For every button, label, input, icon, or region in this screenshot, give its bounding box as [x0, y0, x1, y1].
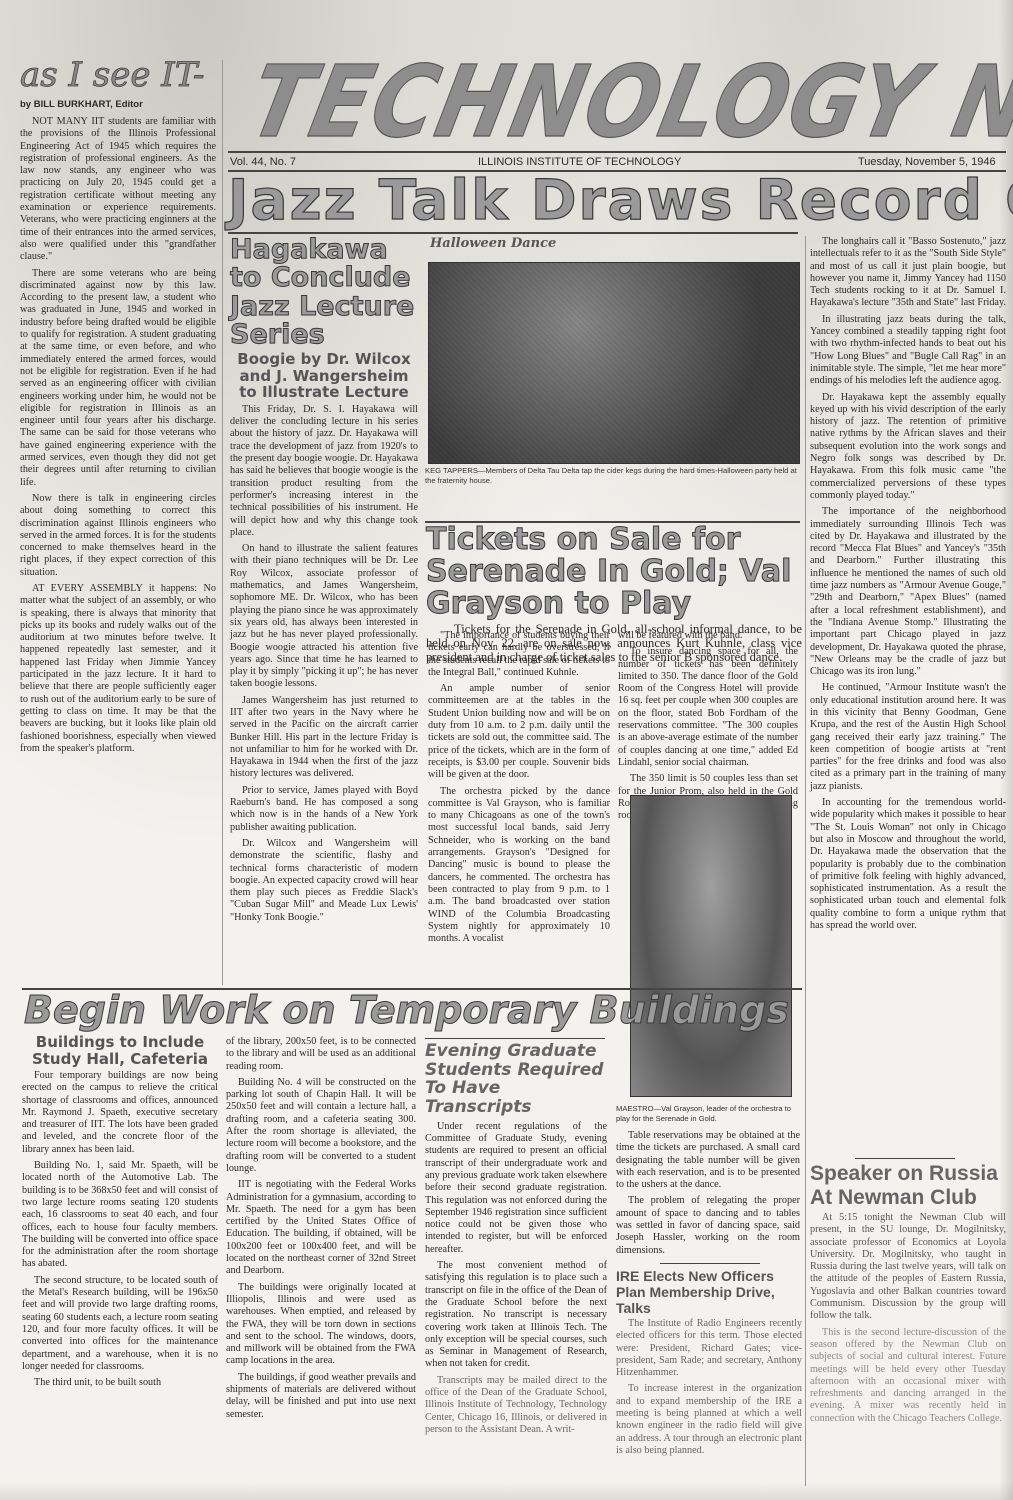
column-divider [805, 236, 806, 1486]
hayakawa-paragraph: Prior to service, James played with Boyd… [230, 785, 418, 834]
buildings-article: Buildings to Include Study Hall, Cafeter… [22, 1034, 218, 1393]
ire-headline: IRE Elects New Officers Plan Membership … [616, 1268, 802, 1316]
tickets-headline: Tickets on Sale for Serenade In Gold; Va… [426, 524, 802, 620]
hayakawa-body: This Friday, Dr. S. I. Hayakawa will del… [230, 404, 418, 924]
column-divider [222, 60, 223, 985]
hayakawa-paragraph: This Friday, Dr. S. I. Hayakawa will del… [230, 404, 418, 539]
jazz-paragraph: The longhairs call it "Basso Sostenuto,"… [810, 236, 1006, 310]
russia-paragraph: This is the second lecture-discussion of… [810, 1327, 1006, 1425]
maestro-caption: MAESTRO—Val Grayson, leader of the orche… [616, 1104, 802, 1124]
buildings-paragraph: Building No. 4 will be constructed on th… [226, 1077, 416, 1175]
tickets-paragraph: The problem of relegating the proper amo… [616, 1195, 800, 1256]
ire-article: IRE Elects New Officers Plan Membership … [616, 1268, 802, 1461]
tickets-paragraph: The orchestra picked by the dance commit… [428, 786, 610, 946]
column-paragraph: There are some veterans who are being di… [20, 268, 216, 489]
russia-paragraph: At 5:15 tonight the Newman Club will pre… [810, 1212, 1006, 1323]
buildings-paragraph: The second structure, to be located sout… [22, 1275, 218, 1373]
ire-paragraph: To increase interest in the organization… [616, 1383, 802, 1457]
column-paragraph: Now there is talk in engineering circles… [20, 493, 216, 579]
graduate-body: Under recent regulations of the Committe… [425, 1121, 607, 1436]
tickets-continued: Table reservations may be obtained at th… [616, 1130, 800, 1261]
buildings-paragraph: Building No. 1, said Mr. Spaeth, will be… [22, 1160, 218, 1271]
hayakawa-paragraph: On hand to illustrate the salient featur… [230, 543, 418, 691]
buildings-paragraph: IIT is negotiating with the Federal Work… [226, 1179, 416, 1277]
column-byline: by BILL BURKHART, Editor [20, 99, 216, 110]
buildings-paragraph: The buildings were originally located at… [226, 1282, 416, 1368]
buildings-subhead: Buildings to Include Study Hall, Cafeter… [22, 1034, 218, 1067]
banner-headline: Jazz Talk Draws Record Crowd [228, 168, 1013, 232]
hayakawa-paragraph: James Wangersheim has just returned to I… [230, 695, 418, 781]
ire-rule [660, 1263, 760, 1264]
buildings-paragraph: of the library, 200x50 feet, is to be co… [226, 1036, 416, 1073]
masthead-institution: ILLINOIS INSTITUTE OF TECHNOLOGY [478, 156, 681, 168]
column-paragraph: AT EVERY ASSEMBLY it happens: No matter … [20, 583, 216, 755]
column-as-i-see-it: as I see IT- by BILL BURKHART, Editor NO… [20, 55, 216, 759]
tickets-column-1: "The importance of students buying their… [428, 630, 610, 949]
russia-article: Speaker on Russia At Newman Club At 5:15… [810, 1162, 1006, 1429]
hayakawa-headline: Hagakawa to Conclude Jazz Lecture Series [230, 236, 418, 349]
graduate-paragraph: Transcripts may be mailed direct to the … [425, 1375, 607, 1436]
hayakawa-subhead: Boogie by Dr. Wilcox and J. Wangersheim … [230, 351, 418, 401]
jazz-paragraph: The importance of the neighborhood immed… [810, 506, 1006, 678]
masthead-title: TECHNOLOGY NEWS [240, 45, 1013, 160]
buildings-rule-bottom [425, 1038, 605, 1039]
column-body: NOT MANY IIT students are familiar with … [20, 116, 216, 755]
masthead-date: Tuesday, November 5, 1946 [858, 156, 996, 168]
ire-body: The Institute of Radio Engineers recentl… [616, 1318, 802, 1457]
tickets-paragraph: To insure dancing space for all, the num… [618, 646, 798, 769]
column-title: as I see IT- [20, 55, 216, 95]
tickets-paragraph: will be featured with the band. [618, 630, 798, 642]
column-paragraph: NOT MANY IIT students are familiar with … [20, 116, 216, 264]
russia-body: At 5:15 tonight the Newman Club will pre… [810, 1212, 1006, 1425]
val-grayson-photo [630, 795, 792, 1097]
buildings-body-col2: of the library, 200x50 feet, is to be co… [226, 1036, 416, 1425]
tickets-paragraph: An ample number of senior committeemen a… [428, 683, 610, 781]
masthead-rule-top [228, 151, 1006, 153]
halloween-kicker: Halloween Dance [430, 236, 556, 251]
jazz-talk-article: The longhairs call it "Basso Sostenuto,"… [810, 236, 1006, 936]
graduate-article: Evening Graduate Students Required To Ha… [425, 1042, 607, 1440]
buildings-paragraph: The third unit, to be built south [22, 1377, 218, 1389]
graduate-headline: Evening Graduate Students Required To Ha… [425, 1042, 607, 1117]
tickets-paragraph: "The importance of students buying their… [428, 630, 610, 679]
ire-paragraph: The Institute of Radio Engineers recentl… [616, 1318, 802, 1379]
hayakawa-article: Hagakawa to Conclude Jazz Lecture Series… [230, 236, 418, 928]
jazz-paragraph: Dr. Hayakawa kept the assembly equally k… [810, 392, 1006, 503]
buildings-body-col1: Four temporary buildings are now being e… [22, 1070, 218, 1389]
tickets-paragraph: Table reservations may be obtained at th… [616, 1130, 800, 1191]
jazz-paragraph: He continued, "Armour Institute wasn't t… [810, 682, 1006, 793]
buildings-paragraph: The buildings, if good weather prevails … [226, 1372, 416, 1421]
buildings-paragraph: Four temporary buildings are now being e… [22, 1070, 218, 1156]
hayakawa-paragraph: Dr. Wilcox and Wangersheim will demonstr… [230, 838, 418, 924]
buildings-banner: Begin Work on Temporary Buildings [24, 990, 789, 1032]
halloween-photo [428, 262, 800, 464]
graduate-paragraph: Under recent regulations of the Committe… [425, 1121, 607, 1256]
halloween-caption: KEG TAPPERS—Members of Delta Tau Delta t… [425, 466, 801, 486]
russia-rule [855, 1158, 955, 1159]
jazz-paragraph: In accounting for the tremendous world-w… [810, 797, 1006, 932]
russia-headline: Speaker on Russia At Newman Club [810, 1162, 1006, 1210]
jazz-paragraph: In illustrating jazz beats during the ta… [810, 314, 1006, 388]
masthead-volume: Vol. 44, No. 7 [230, 156, 296, 168]
graduate-paragraph: The most convenient method of satisfying… [425, 1260, 607, 1371]
